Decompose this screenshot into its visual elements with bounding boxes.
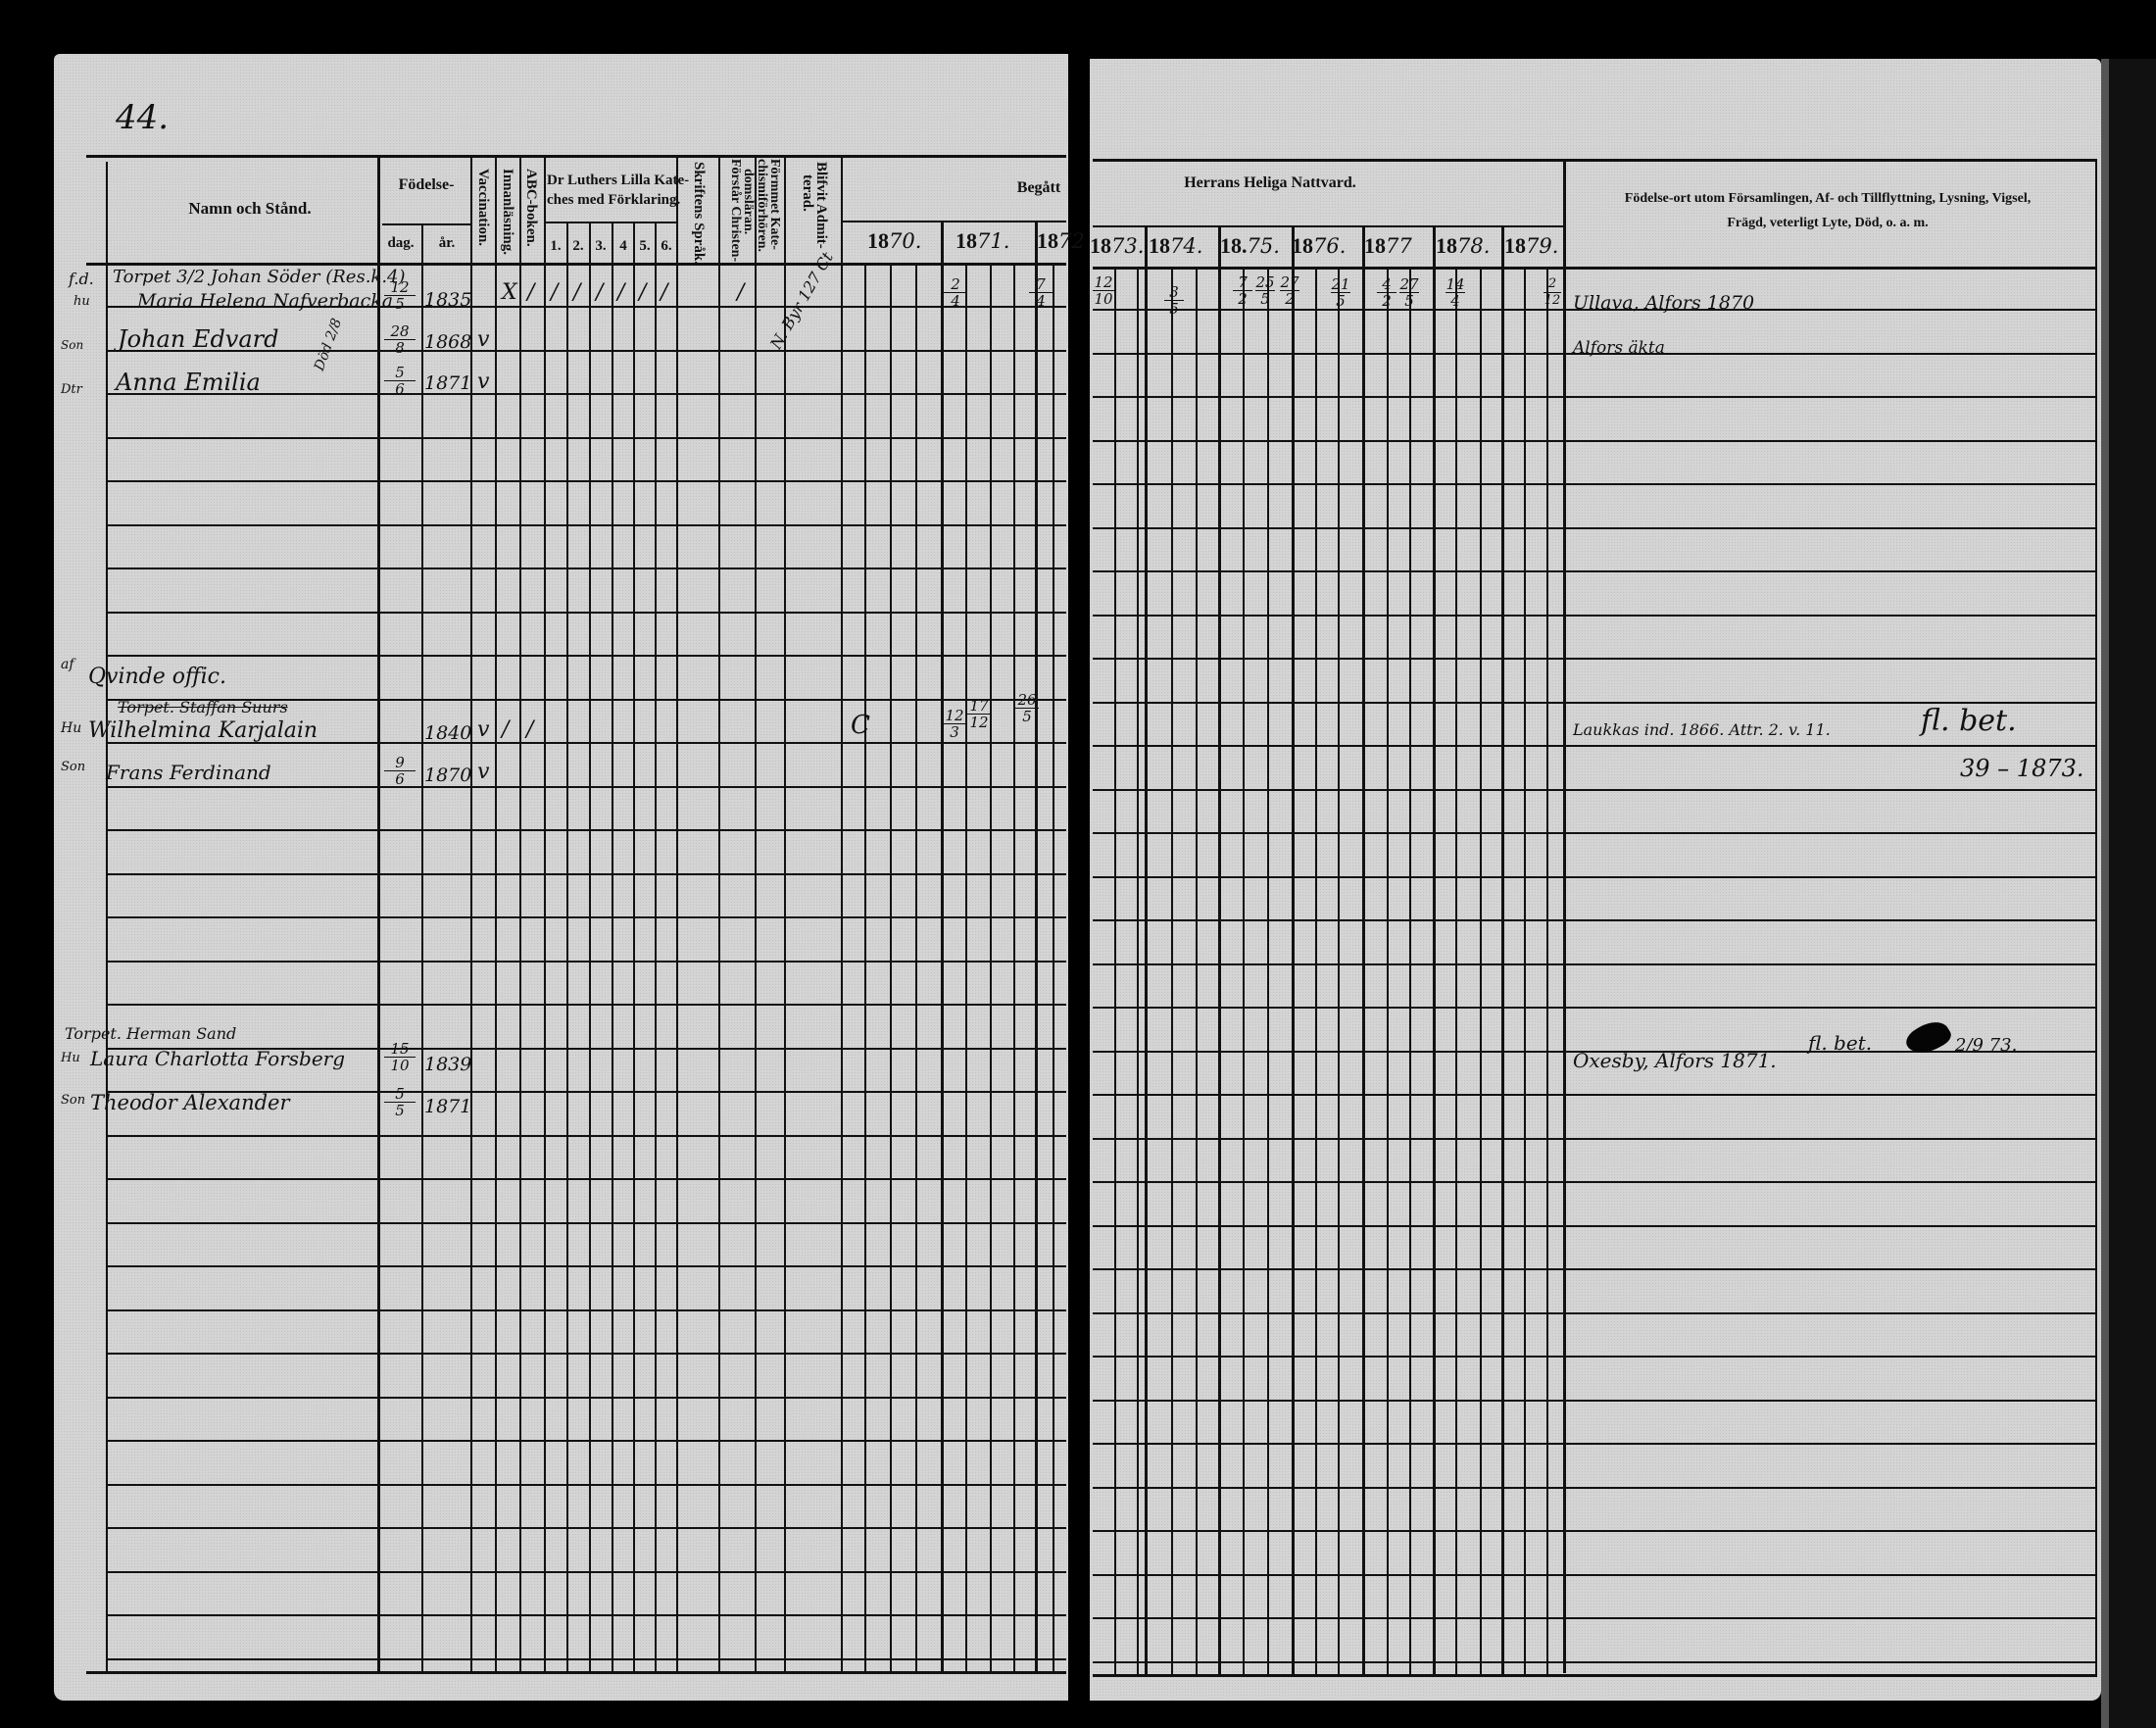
year-1877: 1877 [1364, 233, 1412, 259]
col-line-70c [915, 263, 917, 1671]
margin-note-hu-2: Hu [61, 720, 81, 736]
row-rule [108, 1309, 1066, 1311]
birthyear-anna: 1871 [424, 372, 471, 394]
year-1873: 1873. [1090, 233, 1144, 259]
col-line-72a [1053, 263, 1054, 1671]
row-rule [108, 1571, 1066, 1573]
header-herrans-heliga-nattvard: Herrans Heliga Nattvard. [1172, 174, 1368, 192]
row-rule [108, 1265, 1066, 1267]
birthyear-laura: 1839 [424, 1054, 471, 1075]
mark-forstar: / [737, 280, 744, 305]
col-line-skrift [718, 157, 720, 1671]
mark: / [527, 280, 534, 305]
year-1878: 1878. [1436, 233, 1490, 259]
right-header-top-rule [1093, 159, 2097, 162]
header-birth: Födelse- [382, 176, 470, 194]
birthday-maria: 125 [384, 279, 416, 312]
col-rule [1409, 267, 1411, 1674]
vacc-anna: v [477, 370, 489, 394]
birthyear-frans: 1870 [424, 765, 471, 786]
remark-wilhelmina: Laukkas ind. 1866. Attr. 2. v. 11. [1573, 720, 1831, 739]
communion-wilhelmina-3: 265 [1015, 692, 1039, 724]
right-year-subrule [1093, 225, 1563, 227]
communion-1873: 1210 [1093, 274, 1114, 307]
row-rule [1093, 1617, 2095, 1619]
row-rule [108, 1484, 1066, 1486]
margin-note-son: Son [61, 338, 83, 352]
row-rule [1093, 1268, 2095, 1270]
col-line-name [377, 157, 380, 1671]
row-rule [1093, 570, 2095, 572]
remarks-header-line2: Frägd, veterligt Lyte, Död, o. a. m. [1568, 216, 2087, 231]
left-bottom-rule [86, 1671, 1066, 1674]
birthyear-wilhelmina: 1840 [424, 722, 471, 744]
col-line-70a [864, 263, 866, 1671]
right-page-border [2095, 162, 2097, 1676]
page-number: 44. [116, 98, 169, 137]
remark-row1: Ullava, Alfors 1870 [1573, 292, 1754, 314]
col-line-l1 [566, 223, 568, 1671]
communion-1875b: 255 [1255, 274, 1275, 307]
remark-wilhelmina-date: 39 – 1873. [1960, 755, 2084, 782]
row-rule [1093, 1443, 2095, 1445]
col-rule [1137, 267, 1139, 1674]
birthday-anna: 56 [384, 365, 416, 397]
year-1874: 1874. [1149, 233, 1202, 259]
birthyear-theodor: 1871 [424, 1096, 471, 1117]
row-rule [1093, 1356, 2095, 1358]
col-line-l2 [589, 223, 591, 1671]
col-line-71a [965, 263, 967, 1671]
col-line-70b [890, 263, 892, 1671]
book-edge [2101, 59, 2156, 1728]
row-rule [1093, 745, 2095, 747]
entry-name-frans: Frans Ferdinand [106, 761, 271, 784]
mark: / [573, 280, 580, 305]
communion-1878: 144 [1445, 276, 1465, 309]
header-innanlasning: Innanläsning. [500, 169, 515, 255]
header-luther-part-4: 4 [613, 238, 633, 255]
row-rule [1093, 876, 2095, 878]
birthyear-johan: 1868 [424, 331, 471, 353]
row-rule [108, 612, 1066, 614]
row-rule [108, 873, 1066, 875]
row-rule [1093, 396, 2095, 398]
col-rule [1480, 267, 1482, 1674]
entry-name-johan: Johan Edvard [118, 325, 279, 353]
birthday-laura: 1510 [384, 1041, 416, 1073]
row-rule [108, 437, 1066, 439]
entry-name-maria: Maria Helena Nafverbacka [137, 290, 393, 312]
communion-1874: 35 [1164, 284, 1184, 317]
col-rule [1338, 267, 1340, 1674]
header-luther-line2: ches med Förklaring. [544, 192, 679, 209]
col-line-l6 [676, 157, 678, 1671]
header-vaccination: Vaccination. [475, 169, 491, 246]
remark-laura: Oxesby, Alfors 1871. [1573, 1049, 1777, 1072]
communion-1872-row1: 74 [1029, 276, 1053, 309]
header-abc-boken: ABC-boken. [523, 169, 539, 247]
col-rule [1114, 267, 1116, 1674]
row-rule [1093, 789, 2095, 791]
col-rule [1196, 267, 1198, 1674]
margin-note-fd: f.d. [69, 270, 94, 288]
mark: / [551, 280, 558, 305]
col-rule [1433, 227, 1436, 1674]
header-luther-part-2: 2. [568, 238, 588, 255]
col-rule [1524, 267, 1526, 1674]
header-blifvit-l1: Blifvit Admit- [813, 162, 829, 249]
header-birth-year: år. [423, 235, 470, 252]
entry-name-row1: Torpet 3/2 Johan Söder (Res.k.4) [113, 267, 406, 287]
vacc-maria: X [502, 280, 517, 305]
entry-name-anna: Anna Emilia [116, 369, 261, 396]
row-rule [1093, 1574, 2095, 1576]
header-skriftens-sprak: Skriftens Språk. [691, 162, 707, 265]
col-line-l4 [633, 223, 635, 1671]
col-line-l5 [655, 223, 657, 1671]
row-rule [1093, 615, 2095, 617]
year-1871: 1871. [955, 228, 1009, 254]
col-rule [1218, 227, 1221, 1674]
col-rule [1267, 267, 1269, 1674]
row-rule [1093, 1400, 2095, 1402]
row-rule [108, 1397, 1066, 1399]
col-rule [1171, 267, 1173, 1674]
col-line-dag [421, 225, 423, 1671]
row-rule [1093, 1661, 2095, 1663]
vacc-johan: v [477, 327, 489, 352]
header-luther-part-1: 1. [546, 238, 565, 255]
communion-wilhelmina-1: 123 [943, 708, 966, 740]
remark-wilhelmina-fl-bet: fl. bet. [1921, 704, 2017, 738]
row-rule [108, 655, 1066, 657]
row-rule [108, 524, 1066, 526]
margin-note-son-2: Son [61, 760, 85, 774]
year-1870: 1870. [867, 228, 921, 254]
margin-note-dtr: Dtr [61, 382, 82, 397]
header-bottom-rule [86, 263, 1066, 266]
row-rule [1093, 1225, 2095, 1227]
entry-name-theodor: Theodor Alexander [90, 1091, 290, 1114]
birth-subrule [382, 223, 470, 225]
mark: / [617, 280, 624, 305]
row-rule [108, 961, 1066, 963]
row-rule [1093, 1487, 2095, 1489]
col-rule [1362, 227, 1365, 1674]
col-rule [1387, 267, 1389, 1674]
col-rule [1315, 267, 1317, 1674]
col-line-kate [784, 157, 786, 1671]
birthday-frans: 96 [384, 755, 416, 787]
row-rule [108, 1353, 1066, 1355]
col-line-l3 [612, 223, 613, 1671]
mark: / [661, 280, 667, 305]
col-rule [1292, 227, 1295, 1674]
header-begatt: Begått [1009, 179, 1068, 197]
row-rule [108, 1614, 1066, 1616]
row-rule [1093, 440, 2095, 442]
col-rule [1455, 267, 1457, 1674]
row-rule [108, 1527, 1066, 1529]
row-rule [1093, 963, 2095, 965]
row-rule [1093, 1094, 2095, 1096]
margin-note-hu-3: Hu [61, 1051, 80, 1065]
birthday-theodor: 55 [384, 1086, 416, 1118]
row-rule [108, 480, 1066, 482]
row-rule [1093, 919, 2095, 921]
year-subrule [843, 221, 1066, 222]
row-rule [1093, 527, 2095, 529]
row-rule [1093, 832, 2095, 834]
communion-1877a: 42 [1377, 276, 1396, 309]
col-line-vacc [495, 157, 497, 1671]
row-rule [1093, 1007, 2095, 1009]
row-rule [1093, 1138, 2095, 1140]
row-rule [1093, 658, 2095, 660]
row-rule [108, 1658, 1066, 1660]
header-luther-line1: Dr Luthers Lilla Kate- [544, 173, 679, 189]
year-1872: 1872 [1037, 228, 1085, 254]
entry-torpet-herman: Torpet. Herman Sand [65, 1024, 236, 1043]
header-luther-part-3: 3. [591, 238, 611, 255]
communion-1876a: 272 [1280, 274, 1299, 307]
row-rule [1093, 1530, 2095, 1532]
entry-name-laura: Laura Charlotta Forsberg [90, 1047, 345, 1070]
year-1876: 1876. [1292, 233, 1346, 259]
row-rule [108, 1135, 1066, 1137]
margin-note-hu: hu [73, 294, 90, 309]
year-1875: 18.75. [1220, 233, 1280, 259]
right-bottom-rule [1093, 1674, 2097, 1677]
row-rule [1093, 1312, 2095, 1314]
communion-1876b: 215 [1331, 276, 1350, 309]
col-rule [1546, 267, 1548, 1674]
remark-laura-date: 2/9 73. [1955, 1035, 2017, 1056]
birthyear-maria: 1835 [424, 289, 471, 311]
col-rule [1243, 267, 1245, 1674]
col-line-blifvit [841, 157, 843, 1671]
year-1879: 1879. [1504, 233, 1558, 259]
mark: / [639, 280, 646, 305]
birthday-johan: 288 [384, 323, 416, 356]
remark-laura-fl-bet: fl. bet. [1808, 1031, 1872, 1055]
entry-qvinde-offic: Qvinde offic. [88, 665, 226, 689]
col-line-innan [519, 157, 521, 1671]
row-rule [1093, 483, 2095, 485]
admit-wilhelmina: C [851, 711, 870, 740]
header-top-rule [86, 155, 1066, 158]
margin-note-son-3: Son [61, 1093, 85, 1108]
row-rule [1093, 1181, 2095, 1183]
remarks-col-line [1563, 159, 1566, 1673]
mark: / [596, 280, 603, 305]
col-line-71b [990, 263, 992, 1671]
row-rule [108, 568, 1066, 569]
header-luther-part-5: 5. [635, 238, 655, 255]
mark: / [526, 717, 533, 742]
header-name-stand: Namn och Stånd. [137, 199, 363, 219]
header-luther-part-6: 6. [657, 238, 676, 255]
row-rule [108, 1004, 1066, 1006]
remark-row2: Alfors äkta [1573, 338, 1665, 358]
row-rule [108, 1178, 1066, 1180]
row-rule [108, 1222, 1066, 1224]
communion-1879: 212 [1543, 276, 1561, 309]
communion-1871-row1: 24 [944, 276, 967, 309]
entry-torpet-staffan: Torpet. Staffan Suurs [118, 698, 288, 716]
col-line-abc [544, 157, 546, 1671]
row-rule [108, 829, 1066, 831]
col-line-71c [1013, 263, 1015, 1671]
col-rule [1501, 227, 1504, 1674]
communion-1875a: 72 [1233, 274, 1252, 307]
entry-name-wilhelmina: Wilhelmina Karjalain [88, 718, 318, 743]
book-spine [1068, 39, 1090, 1728]
vacc-frans: v [477, 760, 489, 784]
margin-note-af: af [61, 657, 74, 672]
row-rule [108, 1440, 1066, 1442]
row-rule [108, 916, 1066, 918]
header-blifvit-l2: terad. [800, 174, 815, 212]
communion-1877b: 275 [1399, 276, 1419, 309]
communion-wilhelmina-2: 1712 [967, 698, 991, 730]
vacc-wilhelmina: v [477, 717, 489, 742]
row-rule [108, 786, 1066, 788]
remarks-header-line1: Födelse-ort utom Församlingen, Af- och T… [1568, 191, 2087, 207]
col-line-forstar [755, 157, 757, 1671]
col-rule [1145, 227, 1148, 1674]
header-birth-day: dag. [381, 235, 420, 252]
mark: / [502, 717, 509, 742]
